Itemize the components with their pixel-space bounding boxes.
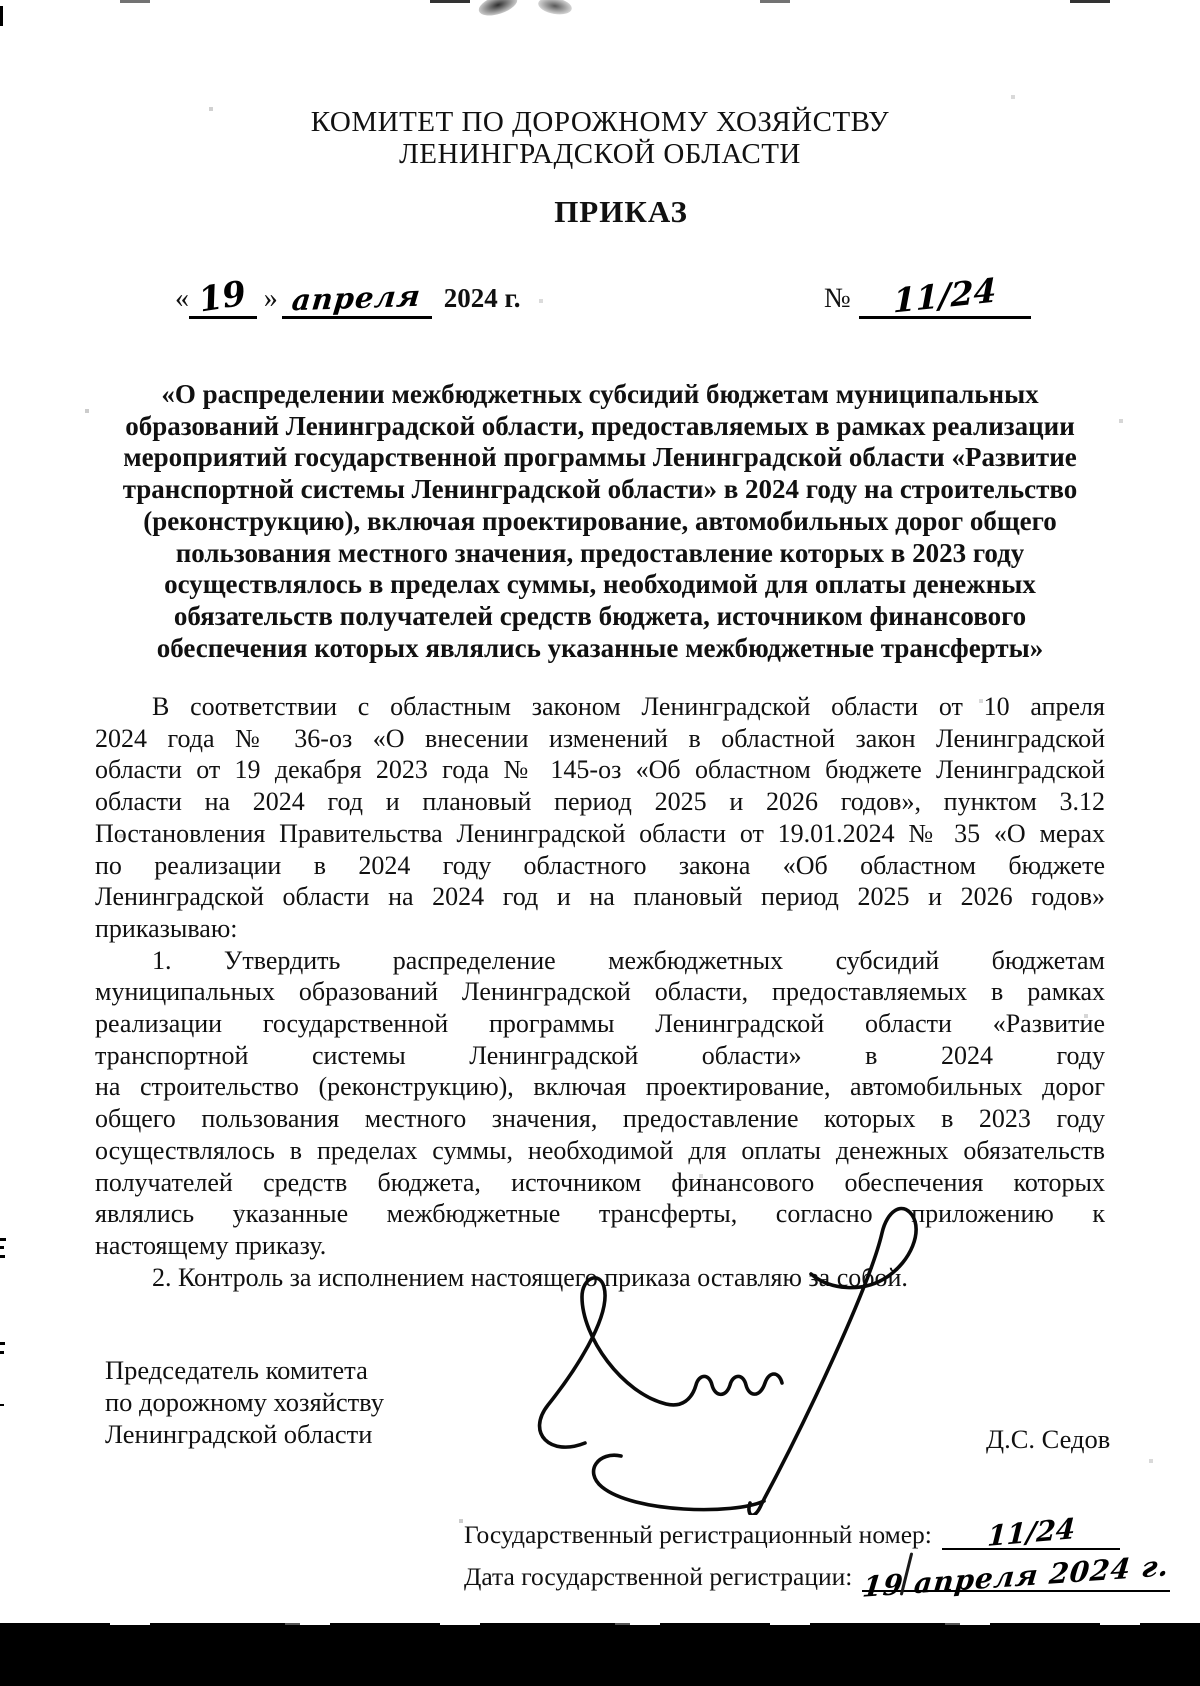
scan-edge-mark [0, 1238, 6, 1241]
signature-flourish [450, 1185, 1030, 1515]
signer-position-line: по дорожному хозяйству [105, 1386, 384, 1418]
order-title-line: мероприятий государственной программы Ле… [95, 442, 1105, 474]
number-sign: № [824, 283, 851, 314]
close-quote: » [264, 283, 278, 314]
registration-number-blank: 11/24 [942, 1514, 1120, 1550]
scan-edge-mark [0, 1255, 5, 1258]
signer-position: Председатель комитетапо дорожному хозяйс… [105, 1354, 384, 1450]
order-title-line: (реконструкцию), включая проектирование,… [95, 506, 1105, 538]
order-title: «О распределении межбюджетных субсидий б… [95, 379, 1105, 664]
registration-block: Государственный регистрационный номер: 1… [464, 1508, 1120, 1592]
signer-position-line: Председатель комитета [105, 1354, 384, 1386]
body-line: 1. Утвердить распределение межбюджетных … [95, 945, 1105, 977]
registration-date-label: Дата государственной регистрации: [464, 1562, 852, 1592]
registration-number-row: Государственный регистрационный номер: 1… [464, 1508, 1120, 1550]
handwritten-registration-date: 19 апреля 2024 г. [861, 1549, 1171, 1604]
month-blank: апреля [282, 279, 432, 319]
handwritten-number: 11/24 [893, 270, 996, 321]
handwritten-day: 19 [196, 274, 249, 321]
organization-name-line1: КОМИТЕТ ПО ДОРОЖНОМУ ХОЗЯЙСТВУ [95, 106, 1105, 138]
scan-corner-mark [0, 6, 3, 26]
scan-edge-mark [0, 1351, 4, 1354]
scan-bottom-black-bar [0, 1625, 1200, 1686]
order-title-line: пользования местного значения, предостав… [95, 538, 1105, 570]
document-type-heading: ПРИКАЗ [95, 196, 1105, 228]
body-line: на строительство (реконструкцию), включа… [95, 1071, 1105, 1103]
body-line: осуществлялось в пределах суммы, необход… [95, 1135, 1105, 1167]
handwritten-registration-number: 11/24 [986, 1512, 1076, 1553]
body-line: 2024 года № 36-оз «О внесении изменений … [95, 723, 1105, 755]
order-title-line: транспортной системы Ленинградской облас… [95, 474, 1105, 506]
body-line: области на 2024 год и плановый период 20… [95, 786, 1105, 818]
registration-date-row: Дата государственной регистрации: 19 апр… [464, 1550, 1120, 1592]
preamble-paragraph: В соответствии с областным законом Ленин… [95, 691, 1105, 913]
scan-edge-mark [0, 1246, 4, 1249]
date-group: «19 »апреля2024 г. [175, 278, 520, 318]
body-line: по реализации в 2024 году областного зак… [95, 850, 1105, 882]
printed-year: 2024 г. [444, 283, 521, 313]
scan-edge-mark [0, 1342, 5, 1345]
signer-position-line: Ленинградской области [105, 1418, 384, 1450]
order-title-line: обеспечения которых являлись указанные м… [95, 633, 1105, 665]
body-line: В соответствии с областным законом Ленин… [95, 691, 1105, 723]
body-line: Постановления Правительства Ленинградско… [95, 818, 1105, 850]
signer-name: Д.С. Седов [986, 1424, 1110, 1455]
scan-smudge [476, 0, 520, 20]
order-title-line: «О распределении межбюджетных субсидий б… [95, 379, 1105, 411]
handwritten-month: апреля [290, 276, 423, 321]
date-number-row: «19 »апреля2024 г. №11/24 [95, 278, 1105, 326]
document-number-group: №11/24 [824, 278, 1031, 318]
body-line: области от 19 декабря 2023 года № 145-оз… [95, 754, 1105, 786]
open-quote: « [175, 283, 189, 314]
scanned-order-document: КОМИТЕТ ПО ДОРОЖНОМУ ХОЗЯЙСТВУ ЛЕНИНГРАД… [0, 0, 1200, 1686]
body-line: муниципальных образований Ленинградской … [95, 976, 1105, 1008]
order-title-line: образований Ленинградской области, предо… [95, 411, 1105, 443]
organization-name-line2: ЛЕНИНГРАДСКОЙ ОБЛАСТИ [95, 138, 1105, 170]
body-line: реализации государственной программы Лен… [95, 1008, 1105, 1040]
body-line: Ленинградской области на 2024 год и на п… [95, 881, 1105, 913]
order-title-line: обязательств получателей средств бюджета… [95, 601, 1105, 633]
order-title-line: осуществлялось в пределах суммы, необход… [95, 569, 1105, 601]
preamble-last-line: приказываю: [95, 913, 1105, 945]
number-blank: 11/24 [859, 279, 1031, 319]
day-blank: 19 [189, 279, 257, 319]
organization-name: КОМИТЕТ ПО ДОРОЖНОМУ ХОЗЯЙСТВУ ЛЕНИНГРАД… [95, 106, 1105, 170]
registration-number-label: Государственный регистрационный номер: [464, 1520, 932, 1550]
body-line: транспортной системы Ленинградской облас… [95, 1040, 1105, 1072]
scan-smudge [537, 0, 573, 17]
scan-edge-mark [0, 1404, 4, 1406]
body-line: общего пользования местного значения, пр… [95, 1103, 1105, 1135]
scan-top-edge-artifact [0, 0, 1200, 3]
scan-dust-specks [0, 0, 2, 2]
